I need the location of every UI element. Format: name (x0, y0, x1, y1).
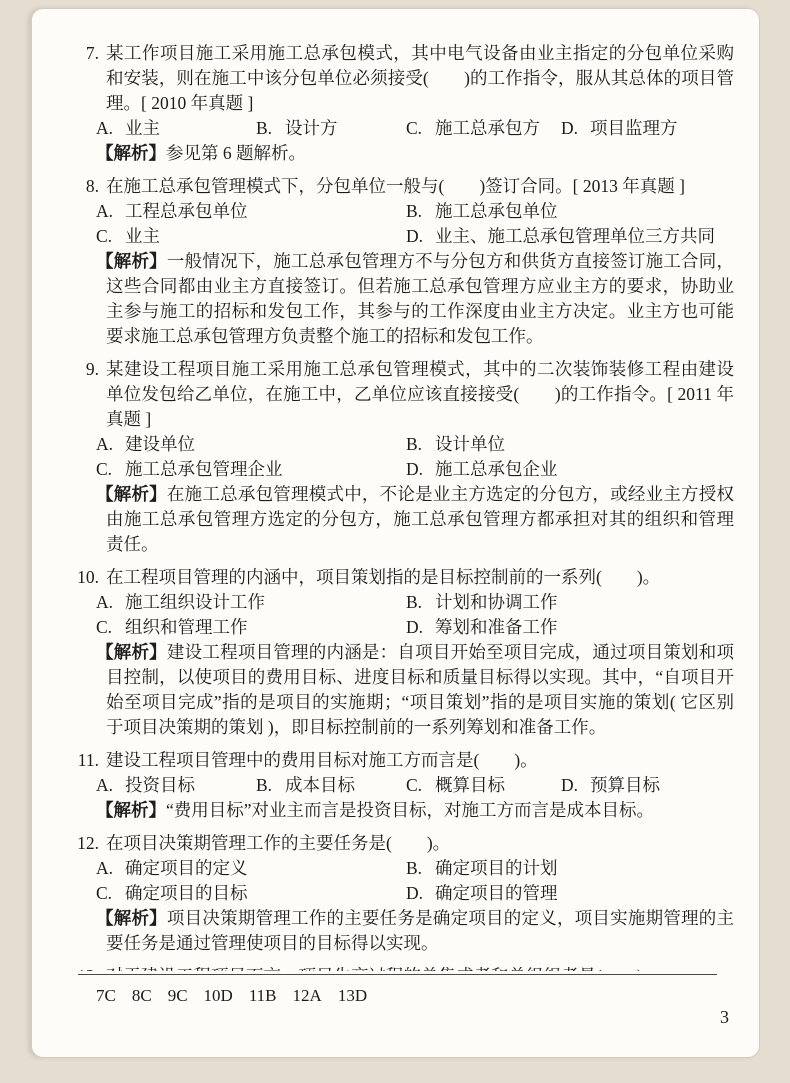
option-label: A. (96, 116, 116, 141)
question-item: 13. 对于建设工程项目而言，项目生产过程的总集成者和总组织者是( )。 A.设… (74, 964, 734, 971)
option-item: A.工程总承包单位 (96, 199, 406, 224)
question-list: 7. 某工作项目施工采用施工总承包模式，其中电气设备由业主指定的分包单位采购和安… (74, 41, 734, 971)
option-item: B.成本目标 (256, 773, 406, 798)
option-label: D. (406, 224, 426, 249)
option-label: B. (406, 590, 426, 615)
option-label: B. (256, 773, 276, 798)
option-label: A. (96, 856, 116, 881)
question-explanation: 【解析】一般情况下，施工总承包管理方不与分包方和供货方直接签订施工合同，这些合同… (106, 249, 734, 349)
option-item: D.施工总承包企业 (406, 457, 734, 482)
question-explanation: 【解析】建设工程项目管理的内涵是：自项目开始至项目完成，通过项目策划和项目控制，… (106, 640, 734, 740)
option-text: 施工总承包管理企业 (116, 459, 283, 479)
option-item: D.确定项目的管理 (406, 881, 734, 906)
option-label: B. (406, 199, 426, 224)
option-text: 确定项目的管理 (426, 883, 558, 903)
question-stem: 建设工程项目管理中的费用目标对施工方而言是( )。 (106, 748, 734, 773)
question-body: 建设工程项目管理中的费用目标对施工方而言是( )。 A.投资目标B.成本目标C.… (106, 748, 734, 823)
option-item: D.预算目标 (561, 773, 734, 798)
explanation-label: 【解析】 (96, 484, 167, 504)
question-item: 9. 某建设工程项目施工采用施工总承包管理模式，其中的二次装饰装修工程由建设单位… (74, 357, 734, 557)
option-label: C. (406, 773, 426, 798)
explanation-text: 建设工程项目管理的内涵是：自项目开始至项目完成，通过项目策划和项目控制，以使项目… (106, 642, 734, 737)
answer-key-item: 11B (249, 984, 277, 1008)
option-label: D. (561, 773, 581, 798)
question-options: A.确定项目的定义B.确定项目的计划C.确定项目的目标D.确定项目的管理 (96, 856, 734, 906)
question-stem: 在施工总承包管理模式下，分包单位一般与( )签订合同。[ 2013 年真题 ] (106, 174, 734, 199)
option-text: 确定项目的目标 (116, 883, 248, 903)
explanation-label: 【解析】 (96, 908, 167, 928)
option-item: A.业主 (96, 116, 256, 141)
explanation-label: 【解析】 (96, 642, 167, 662)
question-stem: 对于建设工程项目而言，项目生产过程的总集成者和总组织者是( )。 (106, 964, 734, 971)
option-label: C. (96, 457, 116, 482)
option-text: 筹划和准备工作 (426, 617, 558, 637)
option-label: D. (406, 615, 426, 640)
option-item: A.确定项目的定义 (96, 856, 406, 881)
question-explanation: 【解析】参见第 6 题解析。 (106, 141, 734, 166)
option-text: 施工总承包方 (426, 118, 540, 138)
option-text: 预算目标 (581, 775, 660, 795)
option-label: A. (96, 199, 116, 224)
option-text: 业主 (116, 118, 160, 138)
answer-key-item: 10D (204, 984, 233, 1008)
option-item: C.业主 (96, 224, 406, 249)
option-label: C. (96, 224, 116, 249)
option-label: A. (96, 432, 116, 457)
footer-divider (78, 974, 717, 975)
answer-key-item: 7C (96, 984, 116, 1008)
option-text: 业主 (116, 226, 160, 246)
question-body: 某建设工程项目施工采用施工总承包管理模式，其中的二次装饰装修工程由建设单位发包给… (106, 357, 734, 557)
option-text: 项目监理方 (581, 118, 678, 138)
explanation-text: “费用目标”对业主而言是投资目标，对施工方而言是成本目标。 (166, 800, 654, 820)
question-stem: 在项目决策期管理工作的主要任务是( )。 (106, 831, 734, 856)
question-body: 对于建设工程项目而言，项目生产过程的总集成者和总组织者是( )。 A.设计方B.… (106, 964, 734, 971)
option-text: 施工组织设计工作 (116, 592, 265, 612)
question-stem: 在工程项目管理的内涵中，项目策划指的是目标控制前的一系列( )。 (106, 565, 734, 590)
option-text: 施工总承包单位 (426, 201, 558, 221)
answer-key-item: 12A (293, 984, 322, 1008)
question-options: A.建设单位B.设计单位C.施工总承包管理企业D.施工总承包企业 (96, 432, 734, 482)
question-options: A.业主B.设计方C.施工总承包方D.项目监理方 (96, 116, 734, 141)
question-item: 10. 在工程项目管理的内涵中，项目策划指的是目标控制前的一系列( )。 A.施… (74, 565, 734, 740)
question-options: A.施工组织设计工作B.计划和协调工作C.组织和管理工作D.筹划和准备工作 (96, 590, 734, 640)
option-item: D.筹划和准备工作 (406, 615, 734, 640)
option-text: 业主、施工总承包管理单位三方共同 (426, 226, 715, 246)
option-text: 投资目标 (116, 775, 195, 795)
option-text: 确定项目的计划 (426, 858, 558, 878)
question-body: 在项目决策期管理工作的主要任务是( )。 A.确定项目的定义B.确定项目的计划C… (106, 831, 734, 956)
scanned-book-screenshot: { "colors": { "background": "#e5ddd0", "… (0, 0, 790, 1083)
question-item: 12. 在项目决策期管理工作的主要任务是( )。 A.确定项目的定义B.确定项目… (74, 831, 734, 956)
option-item: B.施工总承包单位 (406, 199, 734, 224)
option-item: C.组织和管理工作 (96, 615, 406, 640)
option-text: 设计方 (276, 118, 338, 138)
option-text: 设计单位 (426, 434, 505, 454)
option-text: 确定项目的定义 (116, 858, 248, 878)
option-text: 计划和协调工作 (426, 592, 558, 612)
option-item: B.确定项目的计划 (406, 856, 734, 881)
explanation-text: 一般情况下，施工总承包管理方不与分包方和供货方直接签订施工合同，这些合同都由业主… (106, 251, 734, 346)
question-explanation: 【解析】项目决策期管理工作的主要任务是确定项目的定义，项目实施期管理的主要任务是… (106, 906, 734, 956)
question-item: 11. 建设工程项目管理中的费用目标对施工方而言是( )。 A.投资目标B.成本… (74, 748, 734, 823)
question-body: 在施工总承包管理模式下，分包单位一般与( )签订合同。[ 2013 年真题 ] … (106, 174, 734, 349)
option-label: B. (256, 116, 276, 141)
explanation-text: 参见第 6 题解析。 (166, 143, 306, 163)
option-item: B.设计方 (256, 116, 406, 141)
question-body: 某工作项目施工采用施工总承包模式，其中电气设备由业主指定的分包单位采购和安装，则… (106, 41, 734, 166)
answer-key-item: 9C (168, 984, 188, 1008)
option-label: D. (406, 881, 426, 906)
question-number: 13. (74, 964, 106, 971)
option-text: 组织和管理工作 (116, 617, 248, 637)
option-item: D.业主、施工总承包管理单位三方共同 (406, 224, 734, 249)
page-number: 3 (720, 1005, 729, 1029)
option-item: B.设计单位 (406, 432, 734, 457)
question-explanation: 【解析】“费用目标”对业主而言是投资目标，对施工方而言是成本目标。 (106, 798, 734, 823)
explanation-text: 在施工总承包管理模式中，不论是业主方选定的分包方，或经业主方授权由施工总承包管理… (106, 484, 734, 554)
question-item: 7. 某工作项目施工采用施工总承包模式，其中电气设备由业主指定的分包单位采购和安… (74, 41, 734, 166)
option-item: C.概算目标 (406, 773, 561, 798)
option-item: C.施工总承包方 (406, 116, 561, 141)
explanation-text: 项目决策期管理工作的主要任务是确定项目的定义，项目实施期管理的主要任务是通过管理… (106, 908, 734, 953)
explanation-label: 【解析】 (96, 251, 167, 271)
question-stem: 某工作项目施工采用施工总承包模式，其中电气设备由业主指定的分包单位采购和安装，则… (106, 41, 734, 116)
answer-key-item: 13D (338, 984, 367, 1008)
question-item: 8. 在施工总承包管理模式下，分包单位一般与( )签订合同。[ 2013 年真题… (74, 174, 734, 349)
explanation-label: 【解析】 (96, 143, 166, 163)
option-label: A. (96, 773, 116, 798)
option-item: B.计划和协调工作 (406, 590, 734, 615)
answer-key-item: 8C (132, 984, 152, 1008)
option-label: C. (406, 116, 426, 141)
option-item: C.施工总承包管理企业 (96, 457, 406, 482)
option-item: A.建设单位 (96, 432, 406, 457)
option-label: A. (96, 590, 116, 615)
question-explanation: 【解析】在施工总承包管理模式中，不论是业主方选定的分包方，或经业主方授权由施工总… (106, 482, 734, 557)
option-label: C. (96, 881, 116, 906)
book-page: 7. 某工作项目施工采用施工总承包模式，其中电气设备由业主指定的分包单位采购和安… (31, 8, 760, 1058)
option-item: D.项目监理方 (561, 116, 734, 141)
option-label: B. (406, 432, 426, 457)
question-options: A.投资目标B.成本目标C.概算目标D.预算目标 (96, 773, 734, 798)
option-item: A.施工组织设计工作 (96, 590, 406, 615)
option-label: D. (406, 457, 426, 482)
option-label: C. (96, 615, 116, 640)
option-text: 施工总承包企业 (426, 459, 558, 479)
option-text: 概算目标 (426, 775, 505, 795)
option-item: A.投资目标 (96, 773, 256, 798)
question-body: 在工程项目管理的内涵中，项目策划指的是目标控制前的一系列( )。 A.施工组织设… (106, 565, 734, 740)
option-label: B. (406, 856, 426, 881)
question-stem: 某建设工程项目施工采用施工总承包管理模式，其中的二次装饰装修工程由建设单位发包给… (106, 357, 734, 432)
option-text: 工程总承包单位 (116, 201, 248, 221)
option-item: C.确定项目的目标 (96, 881, 406, 906)
option-text: 建设单位 (116, 434, 195, 454)
answer-key: 7C8C9C10D11B12A13D (96, 984, 367, 1008)
option-label: D. (561, 116, 581, 141)
option-text: 成本目标 (276, 775, 355, 795)
question-options: A.工程总承包单位B.施工总承包单位C.业主D.业主、施工总承包管理单位三方共同 (96, 199, 734, 249)
explanation-label: 【解析】 (96, 800, 166, 820)
